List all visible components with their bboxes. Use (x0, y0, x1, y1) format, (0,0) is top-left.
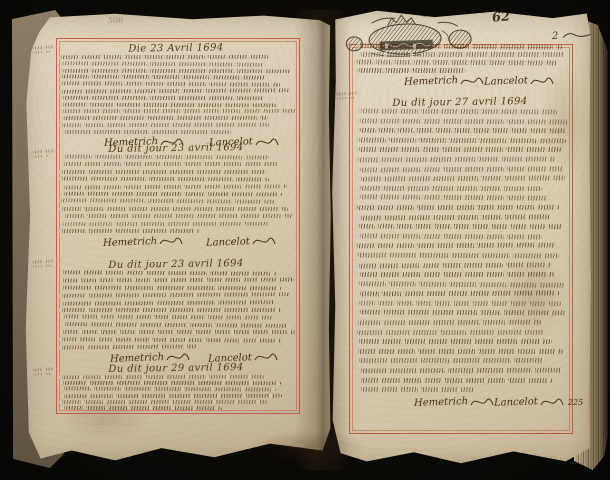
signature: Hemetrich (414, 396, 468, 409)
handwritten-text-line (356, 339, 552, 344)
margin-annotation (30, 149, 59, 160)
handwritten-text-line (59, 177, 269, 182)
register-entry: Du dit jour 23 avril 1694HemetrichLancel… (58, 258, 294, 364)
signature-paraph-icon (252, 236, 276, 248)
handwritten-text-line (355, 252, 559, 258)
handwritten-text-line (61, 315, 272, 320)
handwritten-text-line (60, 102, 276, 107)
handwritten-text-line (358, 387, 473, 392)
handwritten-text-line (60, 300, 274, 306)
handwritten-text-line (62, 130, 231, 134)
signature-paraph-icon (470, 397, 494, 409)
left-page: 506 Die 23 Avril 1694HemetrichLancelotDu… (22, 12, 332, 464)
signature-paraph-icon (540, 397, 564, 409)
handwritten-text-line (60, 61, 264, 67)
handwritten-text-line (59, 123, 269, 128)
handwritten-text-line (357, 195, 550, 201)
handwritten-text-line (334, 96, 355, 100)
margin-annotation (334, 91, 363, 102)
handwritten-text-line (357, 186, 542, 191)
register-entry: HemetrichLancelot (354, 44, 566, 88)
handwritten-text-line (60, 270, 276, 275)
handwritten-text-line (356, 68, 466, 73)
right-page: 4016 62 2 HemetrichLancelotDu dit jour 2… (330, 8, 592, 466)
handwritten-text-line (62, 154, 269, 159)
folio-post-mark: 225 (568, 398, 583, 407)
signature-paraph-icon (159, 236, 183, 248)
handwritten-text-line (358, 109, 557, 115)
handwritten-text-line (357, 166, 563, 172)
handwritten-text-line (354, 205, 559, 210)
handwritten-text-line (59, 75, 265, 80)
handwritten-text-line (30, 372, 51, 376)
pencil-folio-mark: 506 (108, 16, 124, 26)
handwritten-text-line (358, 378, 552, 383)
handwritten-text-line (60, 109, 296, 113)
handwritten-text-line (30, 50, 50, 54)
handwritten-text-line (60, 95, 264, 100)
signature-paraph-icon (530, 76, 554, 88)
handwritten-text-line (356, 262, 551, 268)
signature-paraph-icon (460, 76, 484, 88)
handwritten-text-line (357, 128, 565, 133)
handwritten-text-line (60, 381, 281, 385)
register-entry: Du dit jour 23 avril 1694HemetrichLancel… (58, 142, 294, 248)
handwritten-text-line (59, 170, 266, 174)
handwritten-text-line (59, 81, 280, 87)
handwritten-text-line (61, 393, 282, 398)
manuscript-scan: 506 Die 23 Avril 1694HemetrichLancelotDu… (0, 0, 610, 480)
handwritten-text-line (356, 358, 544, 363)
handwritten-text-line (60, 221, 272, 225)
handwritten-text-line (61, 184, 287, 189)
handwritten-text-line (60, 330, 295, 334)
handwritten-text-line (357, 43, 562, 49)
handwritten-text-line (356, 301, 561, 306)
sheet-number: 2 (552, 29, 596, 42)
handwritten-text-line (58, 55, 269, 59)
handwritten-text-line (356, 281, 564, 287)
margin-annotation (30, 259, 59, 270)
handwritten-text-line (59, 337, 282, 343)
signature: Lancelot (484, 76, 528, 89)
handwritten-text-line (61, 116, 268, 120)
folio-number: 62 (491, 9, 510, 26)
handwritten-text-line (358, 214, 550, 220)
handwritten-text-line (59, 400, 267, 404)
handwritten-text-line (357, 310, 565, 316)
handwritten-text-line (61, 192, 282, 197)
stamp-plate-number: 4016 (422, 9, 444, 18)
handwritten-text-line (59, 292, 289, 298)
handwritten-text-line (30, 149, 57, 153)
handwritten-text-line (356, 147, 561, 152)
handwritten-text-line (30, 264, 52, 268)
signature: Lancelot (206, 236, 250, 249)
handwritten-text-line (357, 272, 554, 277)
handwritten-text-line (59, 344, 197, 349)
handwritten-text-line (334, 91, 361, 95)
handwritten-text-line (358, 176, 565, 182)
register-entry: Du dit jour 27 avril 1694HemetrichLancel… (354, 96, 566, 409)
handwritten-text-line (58, 199, 275, 205)
handwritten-text-line (59, 229, 199, 233)
handwritten-text-line (59, 207, 288, 211)
handwritten-text-line (357, 118, 568, 124)
signature: Hemetrich (103, 236, 157, 249)
handwritten-text-line (355, 156, 555, 162)
handwritten-text-line (354, 243, 557, 249)
handwritten-text-line (358, 368, 563, 374)
register-entry: Die 23 Avril 1694HemetrichLancelot (58, 42, 294, 149)
handwritten-text-line (30, 154, 49, 158)
handwritten-text-line (61, 162, 278, 166)
handwritten-text-line (59, 308, 281, 312)
handwritten-text-line (30, 367, 57, 371)
signature: Hemetrich (404, 75, 458, 88)
handwritten-text-line (60, 68, 291, 72)
signature-row: HemetrichLancelot225 (354, 397, 566, 409)
signature-row: HemetrichLancelot (354, 76, 566, 88)
handwritten-text-line (357, 233, 542, 239)
margin-annotation (30, 367, 59, 378)
handwritten-text-line (356, 137, 566, 143)
handwritten-text-line (59, 88, 289, 94)
handwritten-text-line (355, 349, 563, 354)
handwritten-text-line (62, 322, 289, 328)
signature-row: HemetrichLancelot (58, 236, 294, 248)
handwritten-text-line (357, 291, 559, 297)
handwritten-text-line (60, 285, 281, 290)
handwritten-text-line (61, 406, 222, 410)
handwritten-text-line (30, 259, 57, 263)
handwritten-text-line (60, 278, 294, 283)
handwritten-text-line (354, 329, 543, 334)
handwritten-text-line (356, 224, 562, 229)
handwritten-text-line (355, 320, 541, 325)
handwritten-text-line (62, 214, 293, 218)
signature: Lancelot (494, 397, 538, 410)
margin-annotation (30, 45, 59, 56)
handwritten-text-line (30, 45, 57, 49)
register-entry: Du dit jour 29 avril 1694 (58, 362, 294, 412)
handwritten-text-line (354, 59, 557, 65)
handwritten-text-line (59, 375, 264, 380)
handwritten-text-line (358, 52, 564, 57)
handwritten-text-line (61, 387, 276, 392)
